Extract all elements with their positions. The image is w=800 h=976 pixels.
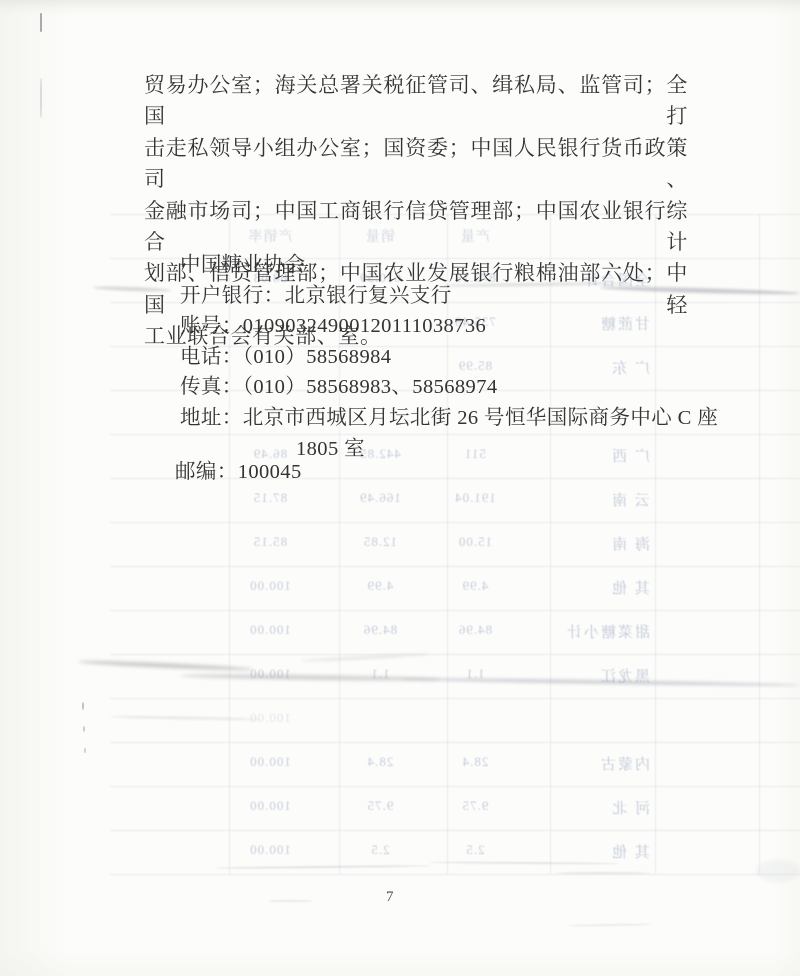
bleed-cell: 191.04	[440, 490, 510, 506]
bottom-streak-3	[555, 872, 650, 874]
binding-dash-2	[83, 726, 85, 732]
bleed-cell: 黑龙江	[540, 665, 650, 686]
scanned-document-page: 产量销量产销率全国合计870.19610.5988.08甘蔗糖735.48广 东…	[0, 0, 800, 976]
bleed-cell: 9.75	[345, 798, 415, 814]
bleed-cell: 12.85	[345, 534, 415, 550]
bleed-row: 其 他4.994.99100.00	[0, 566, 800, 610]
contact-block: 中国糖业协会 开户银行：北京银行复兴支行 账号：0109032490012011…	[180, 250, 700, 488]
bleed-cell: 1.1	[345, 666, 415, 682]
bleed-gridline	[110, 786, 800, 787]
bleed-cell: 海 南	[540, 533, 650, 554]
bleed-cell: 2.5	[345, 842, 415, 858]
bleed-cell: 100.00	[233, 578, 307, 594]
bleed-cell: 2.5	[440, 842, 510, 858]
paragraph-line: 贸易办公室；海关总署关税征管司、缉私局、监管司；全国打	[144, 70, 688, 133]
bleed-cell: 内蒙古	[540, 753, 650, 774]
bleed-cell: 河 北	[540, 797, 650, 818]
bleed-cell: 100.00	[233, 666, 307, 682]
bleed-cell: 其 他	[540, 841, 650, 862]
contact-line-fax: 传真：（010）58568983、58568974	[180, 372, 700, 403]
bleed-cell: 100.00	[233, 798, 307, 814]
org-name: 中国糖业协会	[180, 250, 700, 281]
top-left-edge-mark	[40, 13, 42, 32]
bleed-cell: 100.00	[233, 710, 307, 726]
bleed-row: 河 北9.759.75100.00	[0, 786, 800, 830]
contact-line-phone: 电话：（010）58568984	[180, 342, 700, 373]
bleed-cell: 9.75	[440, 798, 510, 814]
binding-dash-3	[84, 748, 86, 753]
bleed-row: 海 南15.0012.8585.15	[0, 522, 800, 566]
bleed-row: 甜菜糖小计84.9684.96100.00	[0, 610, 800, 654]
bleed-cell: 100.00	[233, 622, 307, 638]
page-number: 7	[386, 889, 394, 906]
bleed-cell: 84.96	[345, 622, 415, 638]
bleed-cell: 85.15	[233, 534, 307, 550]
bleed-cell: 1.1	[440, 666, 510, 682]
bleed-row: 100.00	[0, 698, 800, 742]
binding-dash-1	[82, 702, 84, 710]
fold-crease-left	[78, 659, 253, 672]
fold-crease-arc	[300, 653, 430, 663]
bleed-row: 内蒙古28.428.4100.00	[0, 742, 800, 786]
bleed-cell: 28.4	[440, 754, 510, 770]
bottom-streak-1	[215, 865, 430, 869]
bleed-gridline	[110, 522, 800, 523]
paragraph-line: 击走私领导小组办公室；国资委；中国人民银行货币政策司、	[144, 133, 688, 196]
contact-line-address: 地址：北京市西城区月坛北街 26 号恒华国际商务中心 C 座	[180, 403, 700, 434]
bleed-gridline	[110, 742, 800, 743]
bleed-row: 黑龙江1.11.1100.00	[0, 654, 800, 698]
bleed-gridline	[110, 610, 800, 611]
bleed-gridline	[110, 698, 800, 699]
bleed-cell: 15.00	[440, 534, 510, 550]
left-edge-streak	[40, 78, 42, 118]
bleed-cell: 4.99	[345, 578, 415, 594]
bleed-gridline	[110, 654, 800, 655]
bottom-streak-4	[268, 900, 313, 902]
contact-line-bank: 开户银行：北京银行复兴支行	[180, 281, 700, 312]
bleed-gridline	[110, 874, 800, 875]
bottom-arc-right	[568, 923, 653, 926]
bleed-gridline	[110, 566, 800, 567]
contact-line-account: 账号：01090324900120111038736	[180, 311, 700, 342]
bleed-cell: 100.00	[233, 842, 307, 858]
fold-crease-mid	[180, 673, 440, 682]
bottom-streak-2	[430, 861, 620, 864]
bleed-row: 其 他2.52.5100.00	[0, 830, 800, 874]
fold-crease-right	[400, 677, 800, 687]
bleed-cell: 4.99	[440, 578, 510, 594]
bleed-cell: 166.49	[345, 490, 415, 506]
bleed-cell: 84.96	[440, 622, 510, 638]
bleed-cell: 其 他	[540, 577, 650, 598]
contact-line-postcode: 邮编：100045	[175, 457, 700, 488]
bleed-cell: 甜菜糖小计	[540, 621, 650, 642]
bleed-gridline	[110, 830, 800, 831]
bleed-cell: 28.4	[345, 754, 415, 770]
bleed-gridline	[759, 214, 760, 874]
bleed-cell: 100.00	[233, 754, 307, 770]
crease-left-lower	[110, 716, 260, 721]
bleed-cell: 云 南	[540, 489, 650, 510]
right-edge-curl	[756, 860, 800, 882]
bleed-cell: 87.15	[233, 490, 307, 506]
